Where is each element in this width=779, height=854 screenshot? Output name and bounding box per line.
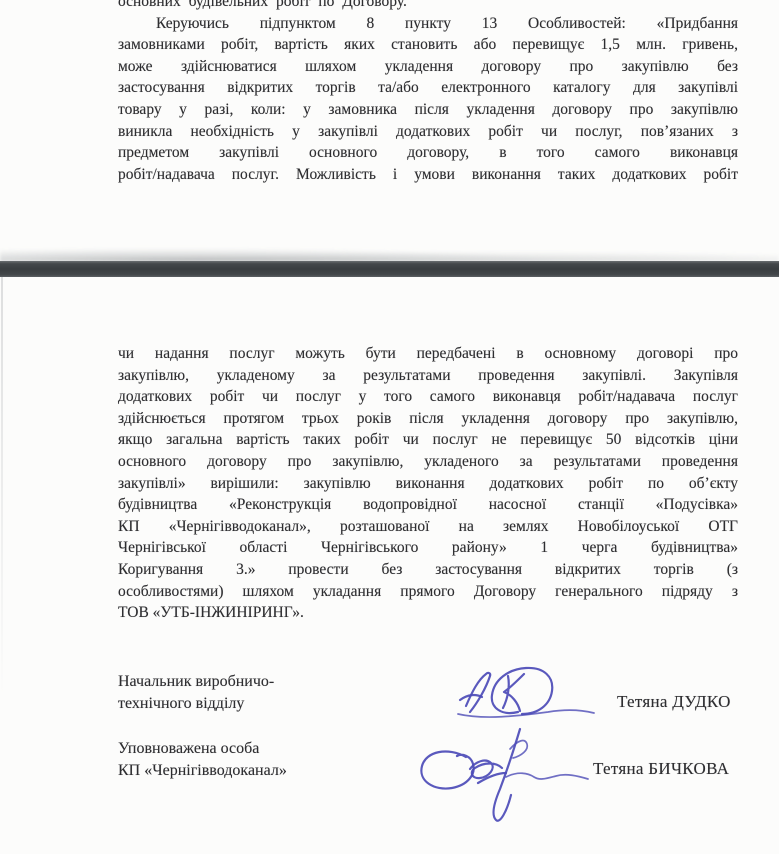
text-line: закупівлю, укладеному за результатами пр… bbox=[118, 365, 738, 387]
text-line: замовниками робіт, вартість яких станови… bbox=[118, 34, 738, 56]
signature-dudko-image bbox=[448, 662, 598, 724]
text-line: предметом закупівлі основного договору, … bbox=[118, 142, 738, 164]
text-line: КП «Чернігівводоканал», розташованої на … bbox=[118, 516, 738, 538]
signatory-role-line: КП «Чернігівводоканал» bbox=[118, 760, 378, 782]
text-line: Чернігівської області Чернігівського рай… bbox=[118, 537, 738, 559]
text-line: може здійснюватися шляхом укладення дого… bbox=[118, 56, 738, 78]
signatory-role-2: Уповноважена особа КП «Чернігівводоканал… bbox=[118, 738, 378, 782]
text-line: чи надання послуг можуть бути передбачен… bbox=[118, 343, 738, 365]
text-line: робіт/надавача послуг. Можливість і умов… bbox=[118, 164, 738, 186]
signatory-role-line: технічного відділу bbox=[118, 693, 378, 715]
text-line: закупівлі» вирішили: закупівлю виконання… bbox=[118, 473, 738, 495]
text-line: основних будівельних робіт по Договору. bbox=[118, 0, 738, 13]
text-line: ТОВ «УТБ-ІНЖИНІРИНГ». bbox=[118, 602, 738, 624]
text-line: Коригування 3.» провести без застосуванн… bbox=[118, 559, 738, 581]
text-line: виникла необхідність у закупівлі додатко… bbox=[118, 121, 738, 143]
text-line: застосування відкритих торгів та/або еле… bbox=[118, 77, 738, 99]
signature-bychkova-image bbox=[414, 727, 596, 827]
signatory-role-1: Начальник виробничо- технічного відділу bbox=[118, 671, 378, 715]
signatory-name-2: Тетяна БИЧКОВА bbox=[593, 759, 729, 779]
text-line: будівництва «Реконструкція водопровідної… bbox=[118, 494, 738, 516]
page2-text-block: чи надання послуг можуть бути передбачен… bbox=[118, 343, 738, 624]
page1-text-block: основних будівельних робіт по Договору. … bbox=[118, 0, 738, 185]
text-line: товару у разі, коли: у замовника після у… bbox=[118, 99, 738, 121]
signatory-name-1: Тетяна ДУДКО bbox=[617, 692, 731, 712]
text-line: Керуючись підпунктом 8 пункту 13 Особлив… bbox=[118, 13, 738, 35]
page-left-edge-line bbox=[1, 277, 3, 697]
text-line: основного договору про закупівлю, укладе… bbox=[118, 451, 738, 473]
text-line: додаткових робіт чи послуг у того самого… bbox=[118, 386, 738, 408]
text-line: здійснюється протягом трьох років після … bbox=[118, 408, 738, 430]
page-edge-shadow bbox=[0, 247, 779, 262]
signatory-role-line: Начальник виробничо- bbox=[118, 671, 378, 693]
page-separator-band bbox=[0, 261, 779, 277]
scanned-document: основних будівельних робіт по Договору. … bbox=[0, 0, 779, 854]
text-line: особливостями) шляхом укладання прямого … bbox=[118, 581, 738, 603]
signatory-role-line: Уповноважена особа bbox=[118, 738, 378, 760]
text-line: якщо загальна вартість таких робіт чи по… bbox=[118, 429, 738, 451]
